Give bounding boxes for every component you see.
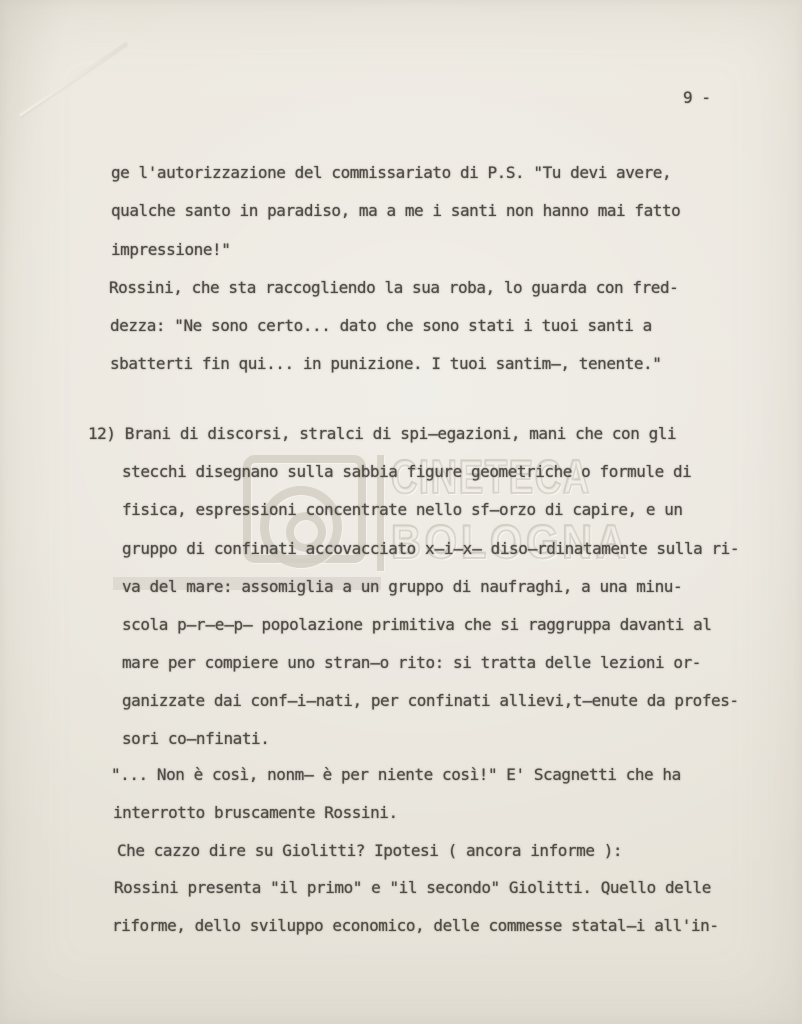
text-line: interrotto bruscamente Rossini.: [113, 803, 398, 823]
text-line: "... Non è così, nonm̶ è per niente così…: [111, 765, 681, 785]
page-number: 9 -: [683, 88, 711, 108]
text-line: gruppo di confinati accovacciato x̶i̶x̶ …: [122, 539, 739, 559]
text-line: va del mare: assomiglia a un gruppo di n…: [122, 577, 682, 597]
text-line: Rossini presenta "il primo" e "il second…: [114, 878, 711, 898]
text-line: riforme, dello sviluppo economico, delle…: [112, 916, 719, 936]
text-line: qualche santo in paradiso, ma a me i san…: [111, 201, 680, 221]
text-line: mare per compiere uno stran̶o rito: si t…: [122, 653, 701, 673]
text-line: 12) Brani di discorsi, stralci di spi̶eg…: [88, 424, 676, 444]
text-line: Che cazzo dire su Giolitti? Ipotesi ( an…: [117, 841, 622, 861]
text-line: dezza: "Ne sono certo... dato che sono s…: [110, 316, 652, 336]
text-line: fisica, espressioni concentrate nello sf…: [122, 500, 683, 520]
text-line: Rossini, che sta raccogliendo la sua rob…: [109, 278, 678, 298]
text-line: ganizzate dai conf̶i̶nati, per confinati…: [122, 691, 739, 711]
text-line: ge l'autorizzazione del commissariato di…: [111, 163, 671, 183]
text-line: stecchi disegnano sulla sabbia figure ge…: [122, 462, 691, 482]
text-line: impressione!": [111, 240, 230, 260]
text-line: scola p̶r̶e̶p̶ popolazione primitiva che…: [122, 615, 712, 635]
document-page: CINETECA BOLOGNA 9 - ge l'autorizzazione…: [0, 0, 802, 1024]
text-line: sori co̶nfinati.: [122, 729, 269, 749]
text-line: sbatterti fin qui... in punizione. I tuo…: [110, 354, 661, 374]
